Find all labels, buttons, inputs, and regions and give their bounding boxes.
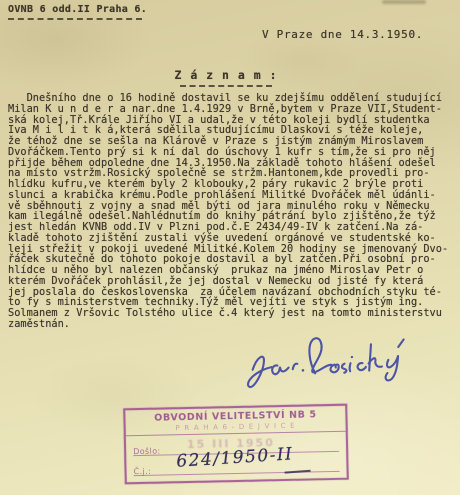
stamp-received-label: Došlo: [133, 447, 161, 457]
place-date: V Praze dne 14.3.1950. [262, 28, 423, 41]
received-stamp: OBVODNÍ VELITELSTVÍ NB 5 P R A H A 6 - D… [123, 404, 349, 485]
typed-line: kterém Dvořáček prohlásil,že jej dostal … [8, 276, 456, 287]
typed-line: kladě tohoto zjištění zustali výše uvede… [8, 233, 456, 244]
document-title: Z á z n a m : [174, 68, 277, 82]
title-block: Z á z n a m : [0, 64, 452, 87]
issuing-office: OVNB 6 odd.II Praha 6. [8, 4, 147, 15]
document-page: OVNB 6 odd.II Praha 6. V Praze dne 14.3.… [0, 0, 460, 495]
stamp-header: OBVODNÍ VELITELSTVÍ NB 5 P R A H A 6 - D… [125, 406, 345, 437]
title-dashed-underline [180, 85, 272, 87]
typed-line: Dvořáčkem.Tento prý si k ní dal do úscho… [8, 147, 456, 158]
typed-line: slunci a krabička krému.Podle prohlášení… [8, 190, 456, 201]
dashed-underline [8, 18, 142, 20]
stamp-ref-label: Č.j.: [133, 467, 151, 476]
document-body: Dnešního dne o 16 hodině dostavil se ku … [8, 93, 456, 330]
scan-smudge [382, 0, 426, 4]
typed-line: Milan K u n d e r a nar.dne 1.4.1929 v B… [8, 104, 456, 115]
header-office-block: OVNB 6 odd.II Praha 6. [8, 4, 147, 20]
